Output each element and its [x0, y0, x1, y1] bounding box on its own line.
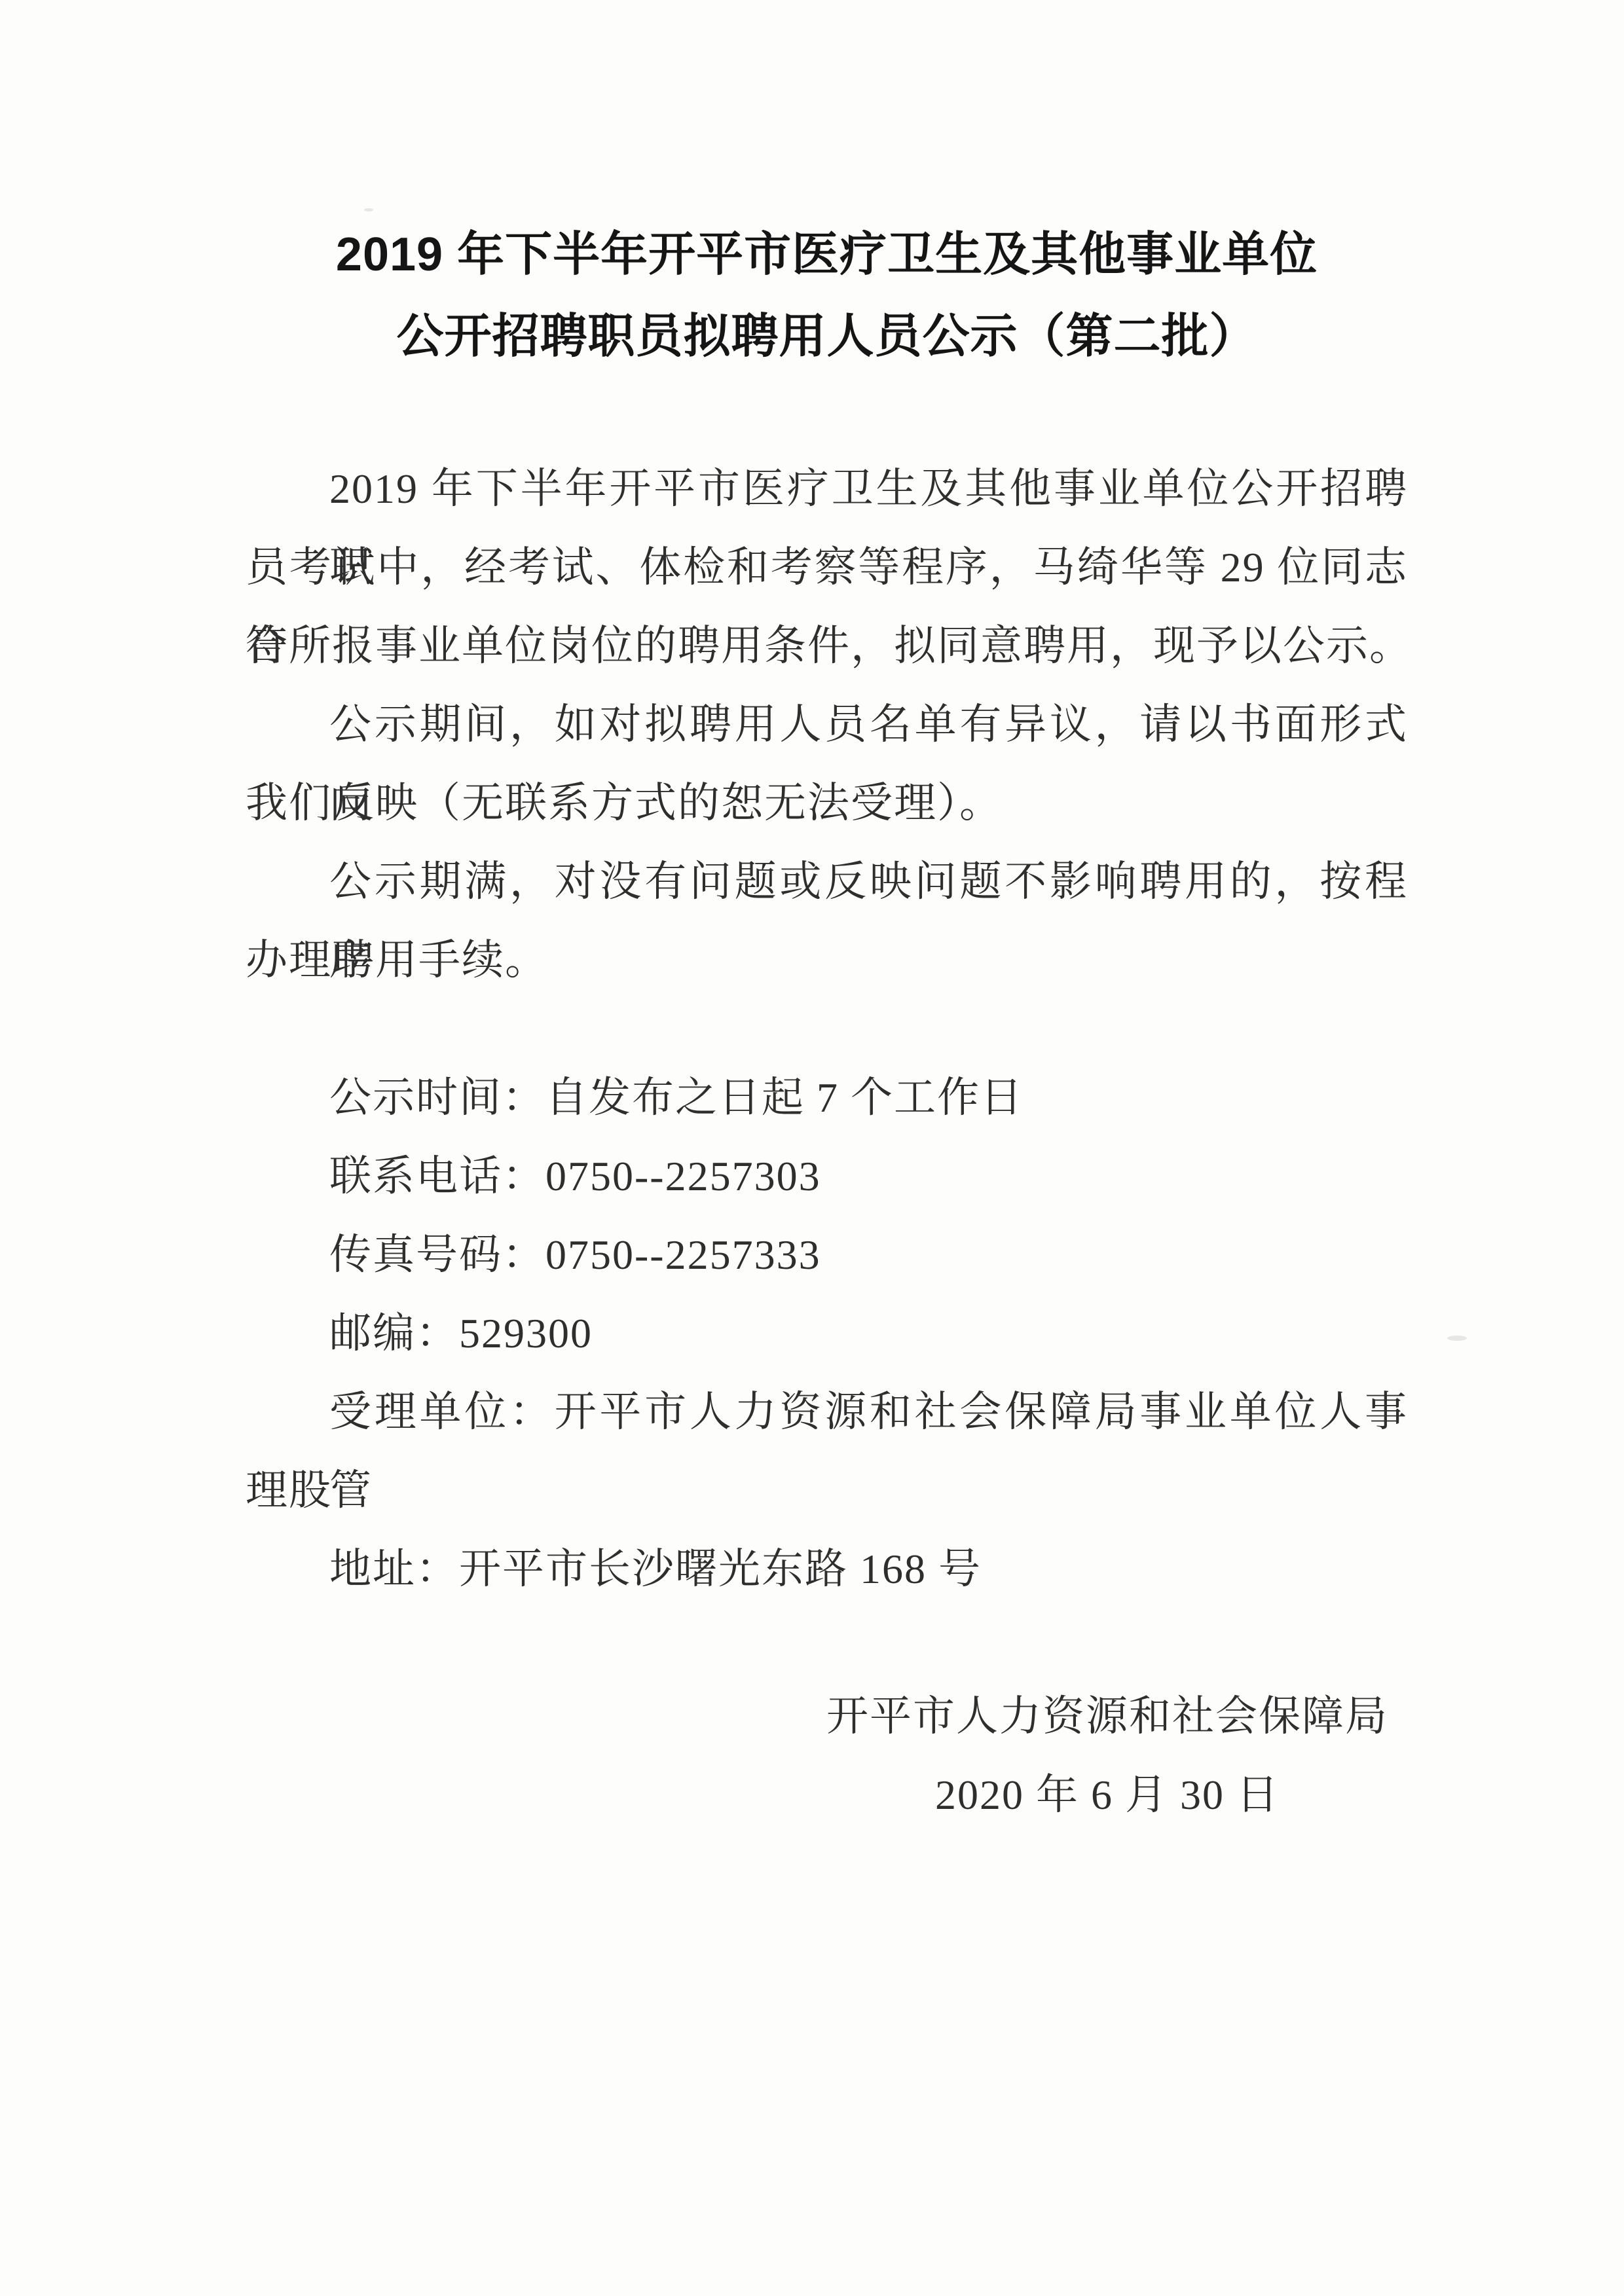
document-title: 2019 年下半年开平市医疗卫生及其他事业单位 公开招聘职员拟聘用人员公示（第二…	[246, 214, 1408, 378]
body-line-5: 我们反映（无联系方式的恕无法受理）。	[246, 764, 1408, 843]
document-body: 2019 年下半年开平市医疗卫生及其他事业单位公开招聘职 员考试中，经考试、体检…	[246, 450, 1408, 1834]
signature-org: 开平市人力资源和社会保障局	[826, 1677, 1388, 1756]
info-line-publicity-period: 公示时间：自发布之日起 7 个工作日	[246, 1059, 1408, 1137]
document-page: 2019 年下半年开平市医疗卫生及其他事业单位 公开招聘职员拟聘用人员公示（第二…	[0, 0, 1624, 2296]
document-content: 2019 年下半年开平市医疗卫生及其他事业单位 公开招聘职员拟聘用人员公示（第二…	[246, 214, 1408, 1834]
section-gap	[246, 1000, 1408, 1059]
signature-date: 2020 年 6 月 30 日	[826, 1756, 1388, 1834]
signature-inner: 开平市人力资源和社会保障局 2020 年 6 月 30 日	[826, 1677, 1388, 1834]
info-line-phone: 联系电话：0750--2257303	[246, 1137, 1408, 1216]
scan-speck	[1447, 1336, 1467, 1341]
info-line-postcode: 邮编：529300	[246, 1294, 1408, 1373]
info-line-address: 地址：开平市长沙曙光东路 168 号	[246, 1530, 1408, 1609]
info-line-fax: 传真号码：0750--2257333	[246, 1216, 1408, 1294]
signature-block: 开平市人力资源和社会保障局 2020 年 6 月 30 日	[246, 1677, 1408, 1834]
body-line-1: 2019 年下半年开平市医疗卫生及其他事业单位公开招聘职	[246, 450, 1408, 528]
body-line-3: 合所报事业单位岗位的聘用条件，拟同意聘用，现予以公示。	[246, 607, 1408, 685]
body-line-2: 员考试中，经考试、体检和考察等程序，马绮华等 29 位同志符	[246, 528, 1408, 607]
body-line-4: 公示期间，如对拟聘用人员名单有异议，请以书面形式向	[246, 685, 1408, 764]
scan-speck	[364, 208, 373, 211]
title-line-2: 公开招聘职员拟聘用人员公示（第二批）	[246, 296, 1408, 378]
body-line-7: 办理聘用手续。	[246, 921, 1408, 1000]
title-line-1: 2019 年下半年开平市医疗卫生及其他事业单位	[246, 214, 1408, 296]
info-line-accepting-unit: 受理单位：开平市人力资源和社会保障局事业单位人事管	[246, 1373, 1408, 1451]
info-line-accepting-unit-cont: 理股	[246, 1451, 1408, 1530]
body-line-6: 公示期满，对没有问题或反映问题不影响聘用的，按程序	[246, 843, 1408, 921]
